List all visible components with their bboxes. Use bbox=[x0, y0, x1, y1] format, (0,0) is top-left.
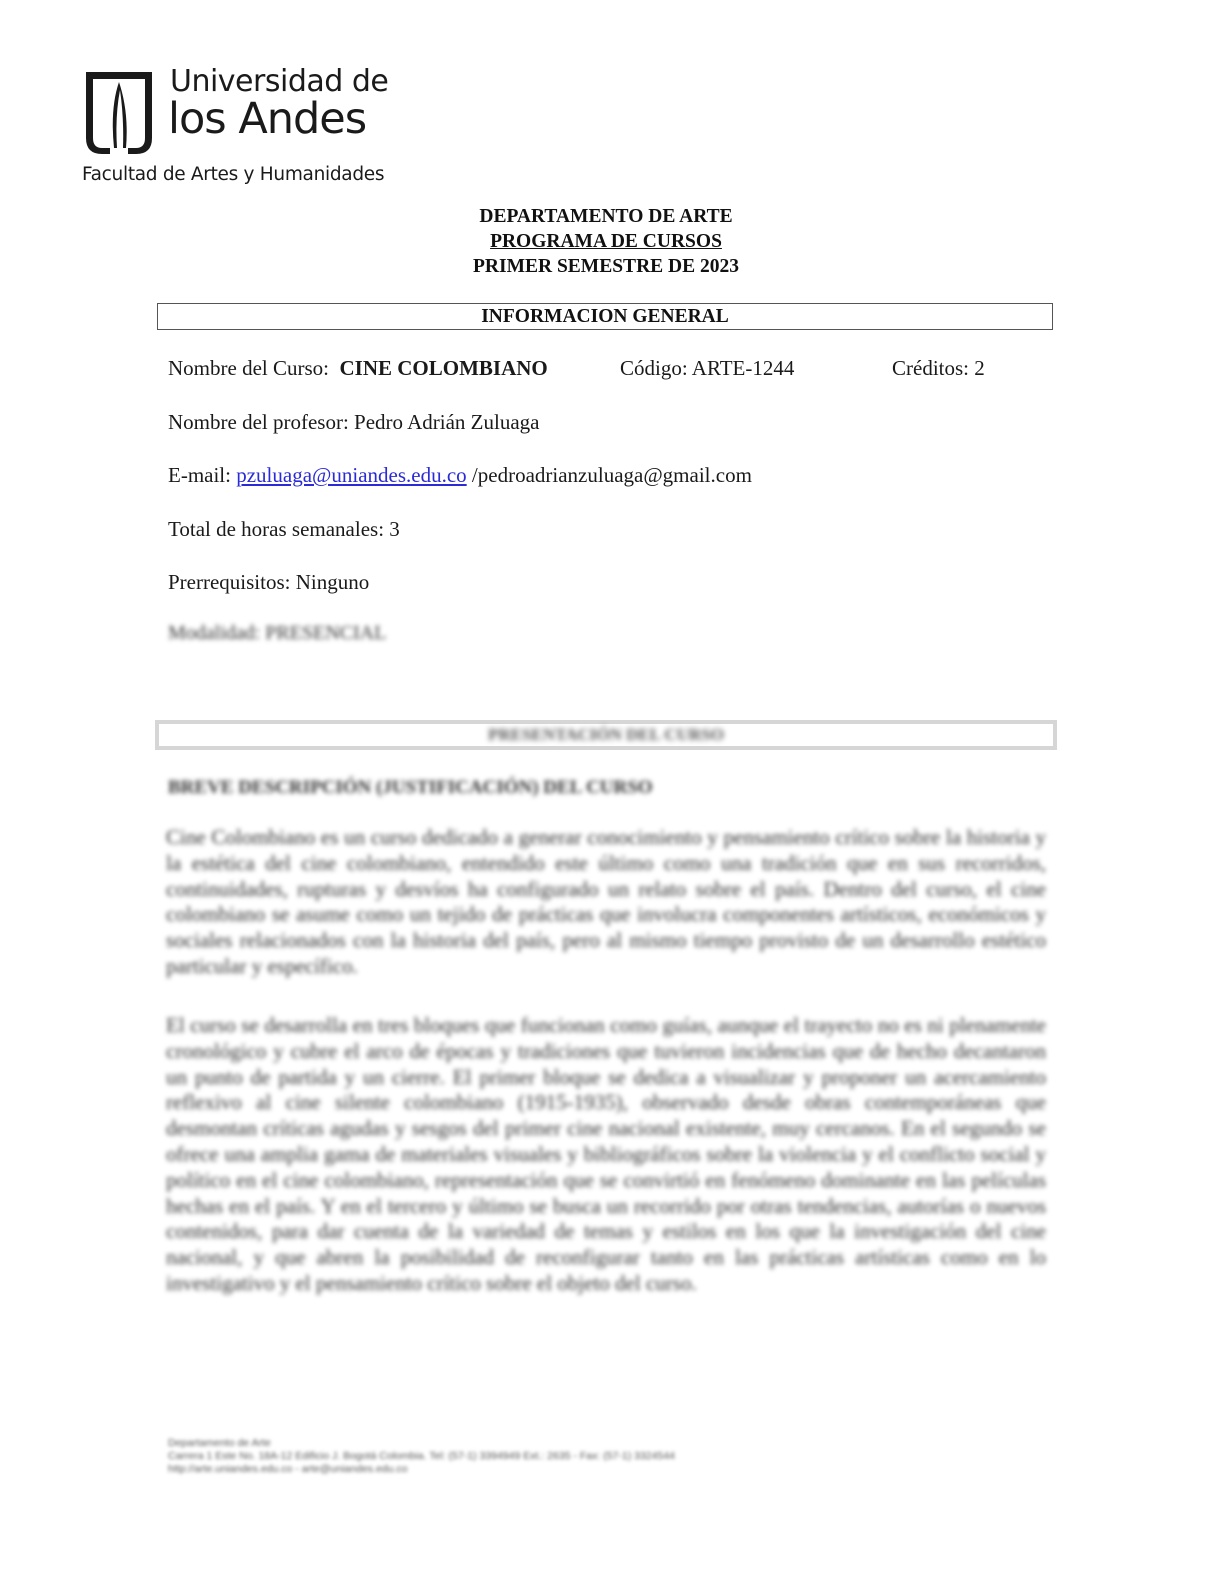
credits-label: Créditos: bbox=[892, 356, 969, 380]
prerequisites-row: Prerrequisitos: Ninguno bbox=[168, 570, 369, 595]
prerequisites-value: Ninguno bbox=[296, 570, 370, 594]
footer-line: http://arte.uniandes.edu.co - arte@unian… bbox=[168, 1463, 1038, 1476]
section-title-presentation: PRESENTACIÓN DEL CURSO bbox=[155, 720, 1057, 750]
semester-title: PRIMER SEMESTRE DE 2023 bbox=[0, 254, 1212, 279]
prerequisites-label: Prerrequisitos: bbox=[168, 570, 290, 594]
professor-name: Pedro Adrián Zuluaga bbox=[354, 410, 539, 434]
course-description-subtitle: BREVE DESCRIPCIÓN (JUSTIFICACIÓN) DEL CU… bbox=[168, 777, 653, 799]
course-code-label: Código: bbox=[620, 356, 688, 380]
description-paragraph: El curso se desarrolla en tres bloques q… bbox=[166, 1013, 1046, 1297]
email-row: E-mail: pzuluaga@uniandes.edu.co /pedroa… bbox=[168, 463, 752, 488]
hours-value: 3 bbox=[389, 517, 400, 541]
professor-row: Nombre del profesor: Pedro Adrián Zuluag… bbox=[168, 410, 539, 435]
logo-university-line2: los Andes bbox=[168, 96, 366, 143]
email-secondary: /pedroadrianzuluaga@gmail.com bbox=[472, 463, 752, 487]
document-header: DEPARTAMENTO DE ARTE PROGRAMA DE CURSOS … bbox=[0, 204, 1212, 279]
description-paragraph: Cine Colombiano es un curso dedicado a g… bbox=[166, 825, 1046, 980]
section-title-presentation-text: PRESENTACIÓN DEL CURSO bbox=[488, 724, 724, 746]
professor-label: Nombre del profesor: bbox=[168, 410, 349, 434]
email-link[interactable]: pzuluaga@uniandes.edu.co bbox=[236, 463, 466, 487]
course-name-label: Nombre del Curso: bbox=[168, 356, 329, 380]
course-code: ARTE-1244 bbox=[692, 356, 795, 380]
hours-label: Total de horas semanales: bbox=[168, 517, 384, 541]
modality: Modalidad: PRESENCIAL bbox=[168, 622, 386, 645]
logo-faculty: Facultad de Artes y Humanidades bbox=[82, 164, 384, 185]
email-label: E-mail: bbox=[168, 463, 231, 487]
course-info-row: Nombre del Curso: CINE COLOMBIANO Código… bbox=[168, 356, 548, 381]
footer-line: Departamento de Arte bbox=[168, 1437, 1038, 1450]
credits-value: 2 bbox=[974, 356, 985, 380]
footer-line: Carrera 1 Este No. 18A-12 Edificio J. Bo… bbox=[168, 1450, 1038, 1463]
university-shield-icon bbox=[82, 68, 156, 158]
section-title-general-info: INFORMACION GENERAL bbox=[157, 303, 1053, 330]
program-title: PROGRAMA DE CURSOS bbox=[490, 231, 722, 252]
university-logo: Universidad de los Andes Facultad de Art… bbox=[82, 66, 382, 191]
hours-row: Total de horas semanales: 3 bbox=[168, 517, 400, 542]
course-name: CINE COLOMBIANO bbox=[339, 356, 547, 380]
page-footer: Departamento de Arte Carrera 1 Este No. … bbox=[168, 1437, 1038, 1476]
department-title: DEPARTAMENTO DE ARTE bbox=[0, 204, 1212, 229]
